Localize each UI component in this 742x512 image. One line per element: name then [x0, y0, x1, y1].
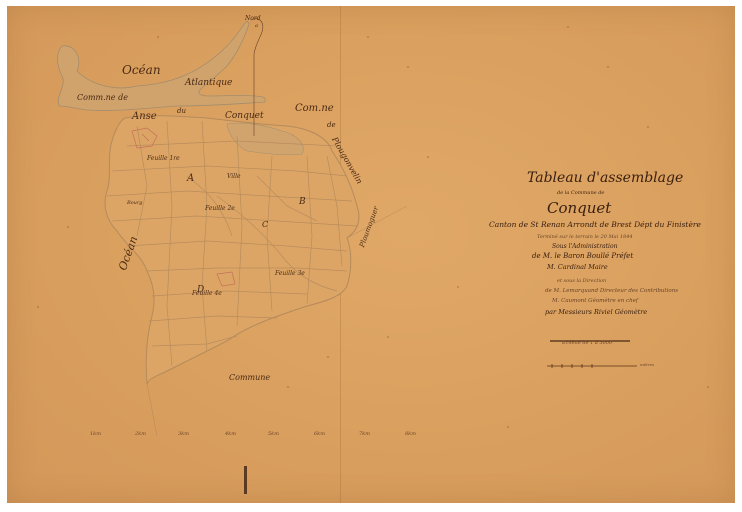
- anse-label-3: Conquet: [225, 112, 264, 121]
- section-c: C: [262, 221, 268, 229]
- grid-tick-2: 2km: [135, 432, 146, 437]
- ville-label: Ville: [227, 174, 241, 180]
- plougonvelin-label-2: de: [327, 122, 336, 129]
- grid-tick-3: 3km: [178, 432, 189, 437]
- title-line-9: et sous la Direction: [557, 279, 606, 284]
- north-label: Nord: [245, 16, 261, 22]
- map-sheet: Nord a Océan Atlantique Comm.ne de Anse …: [7, 6, 735, 503]
- feuille-3: Feuille 3e: [275, 271, 305, 277]
- grid-tick-5: 5km: [268, 432, 279, 437]
- commune-south-label: Commune: [229, 374, 270, 382]
- title-line-12: par Messieurs Riviel Géomètre: [545, 309, 647, 316]
- title-line-4: Canton de St Renan Arrondt de Brest Dépt…: [489, 221, 701, 229]
- grid-tick-1: 1km: [90, 432, 101, 437]
- feuille-1: Feuille 1re: [147, 156, 180, 162]
- commune-sea-label: Comm.ne de: [77, 94, 128, 102]
- title-line-5: Terminé sur le terrain le 20 Mai 1844: [537, 235, 633, 240]
- scale-unit: mètres: [640, 363, 654, 367]
- grid-tick-6: 6km: [314, 432, 325, 437]
- title-line-11: M. Caumont Géomètre en chef: [552, 299, 638, 305]
- commune-name: Conquet: [547, 201, 611, 216]
- feuille-2: Feuille 2e: [205, 206, 235, 212]
- grid-tick-7: 7km: [359, 432, 370, 437]
- ink-stain: [244, 466, 247, 494]
- grid-tick-8: 8km: [405, 432, 416, 437]
- feuille-4: Feuille 4e: [192, 291, 222, 297]
- section-b: B: [299, 198, 306, 207]
- title-line-10: de M. Lemarquand Directeur des Contribut…: [545, 289, 678, 295]
- title-line-2: de la Commune de: [557, 191, 604, 196]
- atlantique-label: Atlantique: [185, 79, 232, 88]
- grid-tick-4: 4km: [225, 432, 236, 437]
- bourg-label: Bourg: [127, 201, 143, 206]
- anse-label-1: Anse: [132, 112, 157, 122]
- title-line-6: Sous l'Administration: [552, 244, 617, 250]
- title-line-8: M. Cardinal Maire: [547, 264, 608, 271]
- title-line-7: de M. le Baron Boullé Préfet: [532, 253, 633, 260]
- scale-label: Echelle de 1 à 5000: [562, 341, 612, 346]
- commune-boundary: [105, 116, 359, 384]
- north-mark: a: [255, 24, 258, 29]
- section-a: A: [187, 174, 194, 184]
- anse-label-2: du: [177, 108, 186, 115]
- title-line-1: Tableau d'assemblage: [527, 171, 683, 185]
- plougonvelin-label-1: Com.ne: [295, 104, 334, 114]
- scale-bar: [547, 364, 637, 368]
- ocean-label: Océan: [122, 64, 161, 76]
